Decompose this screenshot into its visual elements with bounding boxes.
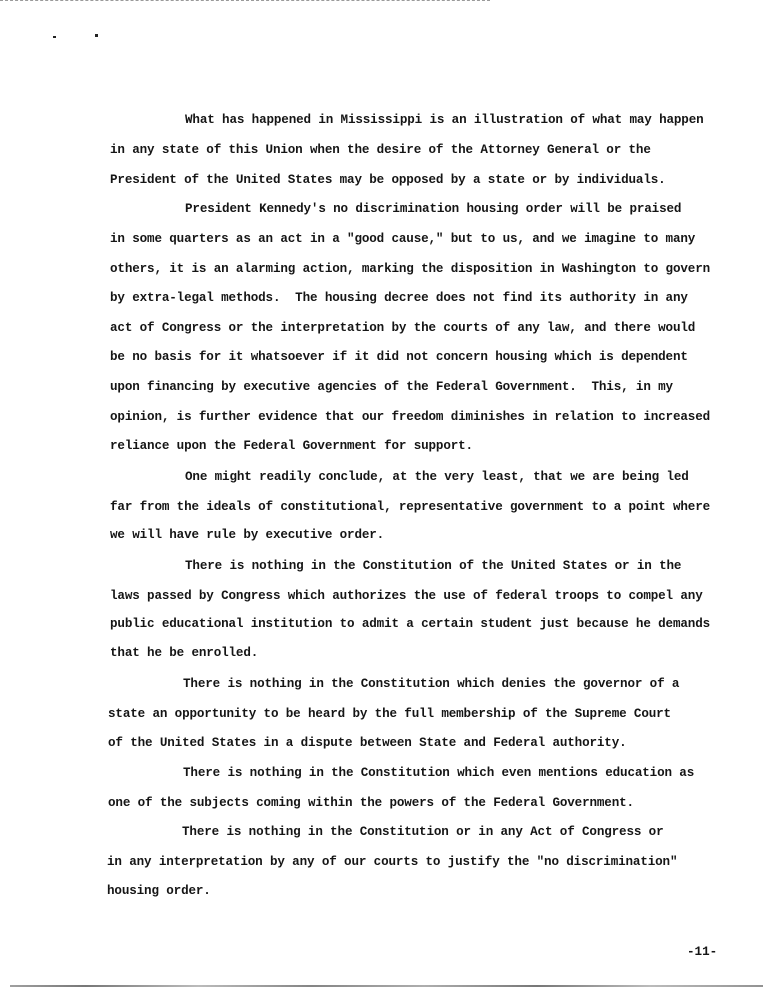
paragraph-2-line-5: act of Congress or the interpretation by… (110, 321, 695, 335)
paragraph-5-line-1: There is nothing in the Constitution whi… (183, 677, 679, 691)
bottom-scan-edge (10, 985, 763, 987)
paragraph-1-line-2: in any state of this Union when the desi… (110, 143, 651, 157)
document-page: What has happened in Mississippi is an i… (0, 0, 763, 990)
paragraph-3-line-2: far from the ideals of constitutional, r… (110, 500, 710, 514)
paragraph-4-line-2: laws passed by Congress which authorizes… (110, 589, 703, 603)
paragraph-3-line-3: we will have rule by executive order. (110, 528, 384, 542)
paragraph-4-line-3: public educational institution to admit … (110, 617, 710, 631)
paragraph-4-line-1: There is nothing in the Constitution of … (185, 559, 681, 573)
paragraph-2-line-6: be no basis for it whatsoever if it did … (110, 350, 688, 364)
paragraph-1-line-3: President of the United States may be op… (110, 173, 666, 187)
paragraph-2-line-9: reliance upon the Federal Government for… (110, 439, 473, 453)
paragraph-2-line-3: others, it is an alarming action, markin… (110, 262, 710, 276)
scan-speck (95, 34, 98, 37)
paragraph-2-line-2: in some quarters as an act in a "good ca… (110, 232, 695, 246)
paragraph-4-line-4: that he be enrolled. (110, 646, 258, 660)
top-edge-dashes (0, 0, 490, 1)
paragraph-2-line-4: by extra-legal methods. The housing decr… (110, 291, 688, 305)
paragraph-7-line-2: in any interpretation by any of our cour… (107, 855, 677, 869)
paragraph-7-line-3: housing order. (107, 884, 211, 898)
paragraph-2-line-7: upon financing by executive agencies of … (110, 380, 673, 394)
scan-speck (53, 36, 56, 38)
paragraph-6-line-2: one of the subjects coming within the po… (108, 796, 634, 810)
paragraph-2-line-8: opinion, is further evidence that our fr… (110, 410, 710, 424)
paragraph-7-line-1: There is nothing in the Constitution or … (182, 825, 664, 839)
paragraph-6-line-1: There is nothing in the Constitution whi… (183, 766, 694, 780)
paragraph-1-line-1: What has happened in Mississippi is an i… (185, 113, 704, 127)
paragraph-2-line-1: President Kennedy's no discrimination ho… (185, 202, 681, 216)
paragraph-5-line-3: of the United States in a dispute betwee… (108, 736, 627, 750)
page-number: -11- (687, 945, 717, 959)
paragraph-3-line-1: One might readily conclude, at the very … (185, 470, 689, 484)
paragraph-5-line-2: state an opportunity to be heard by the … (108, 707, 671, 721)
